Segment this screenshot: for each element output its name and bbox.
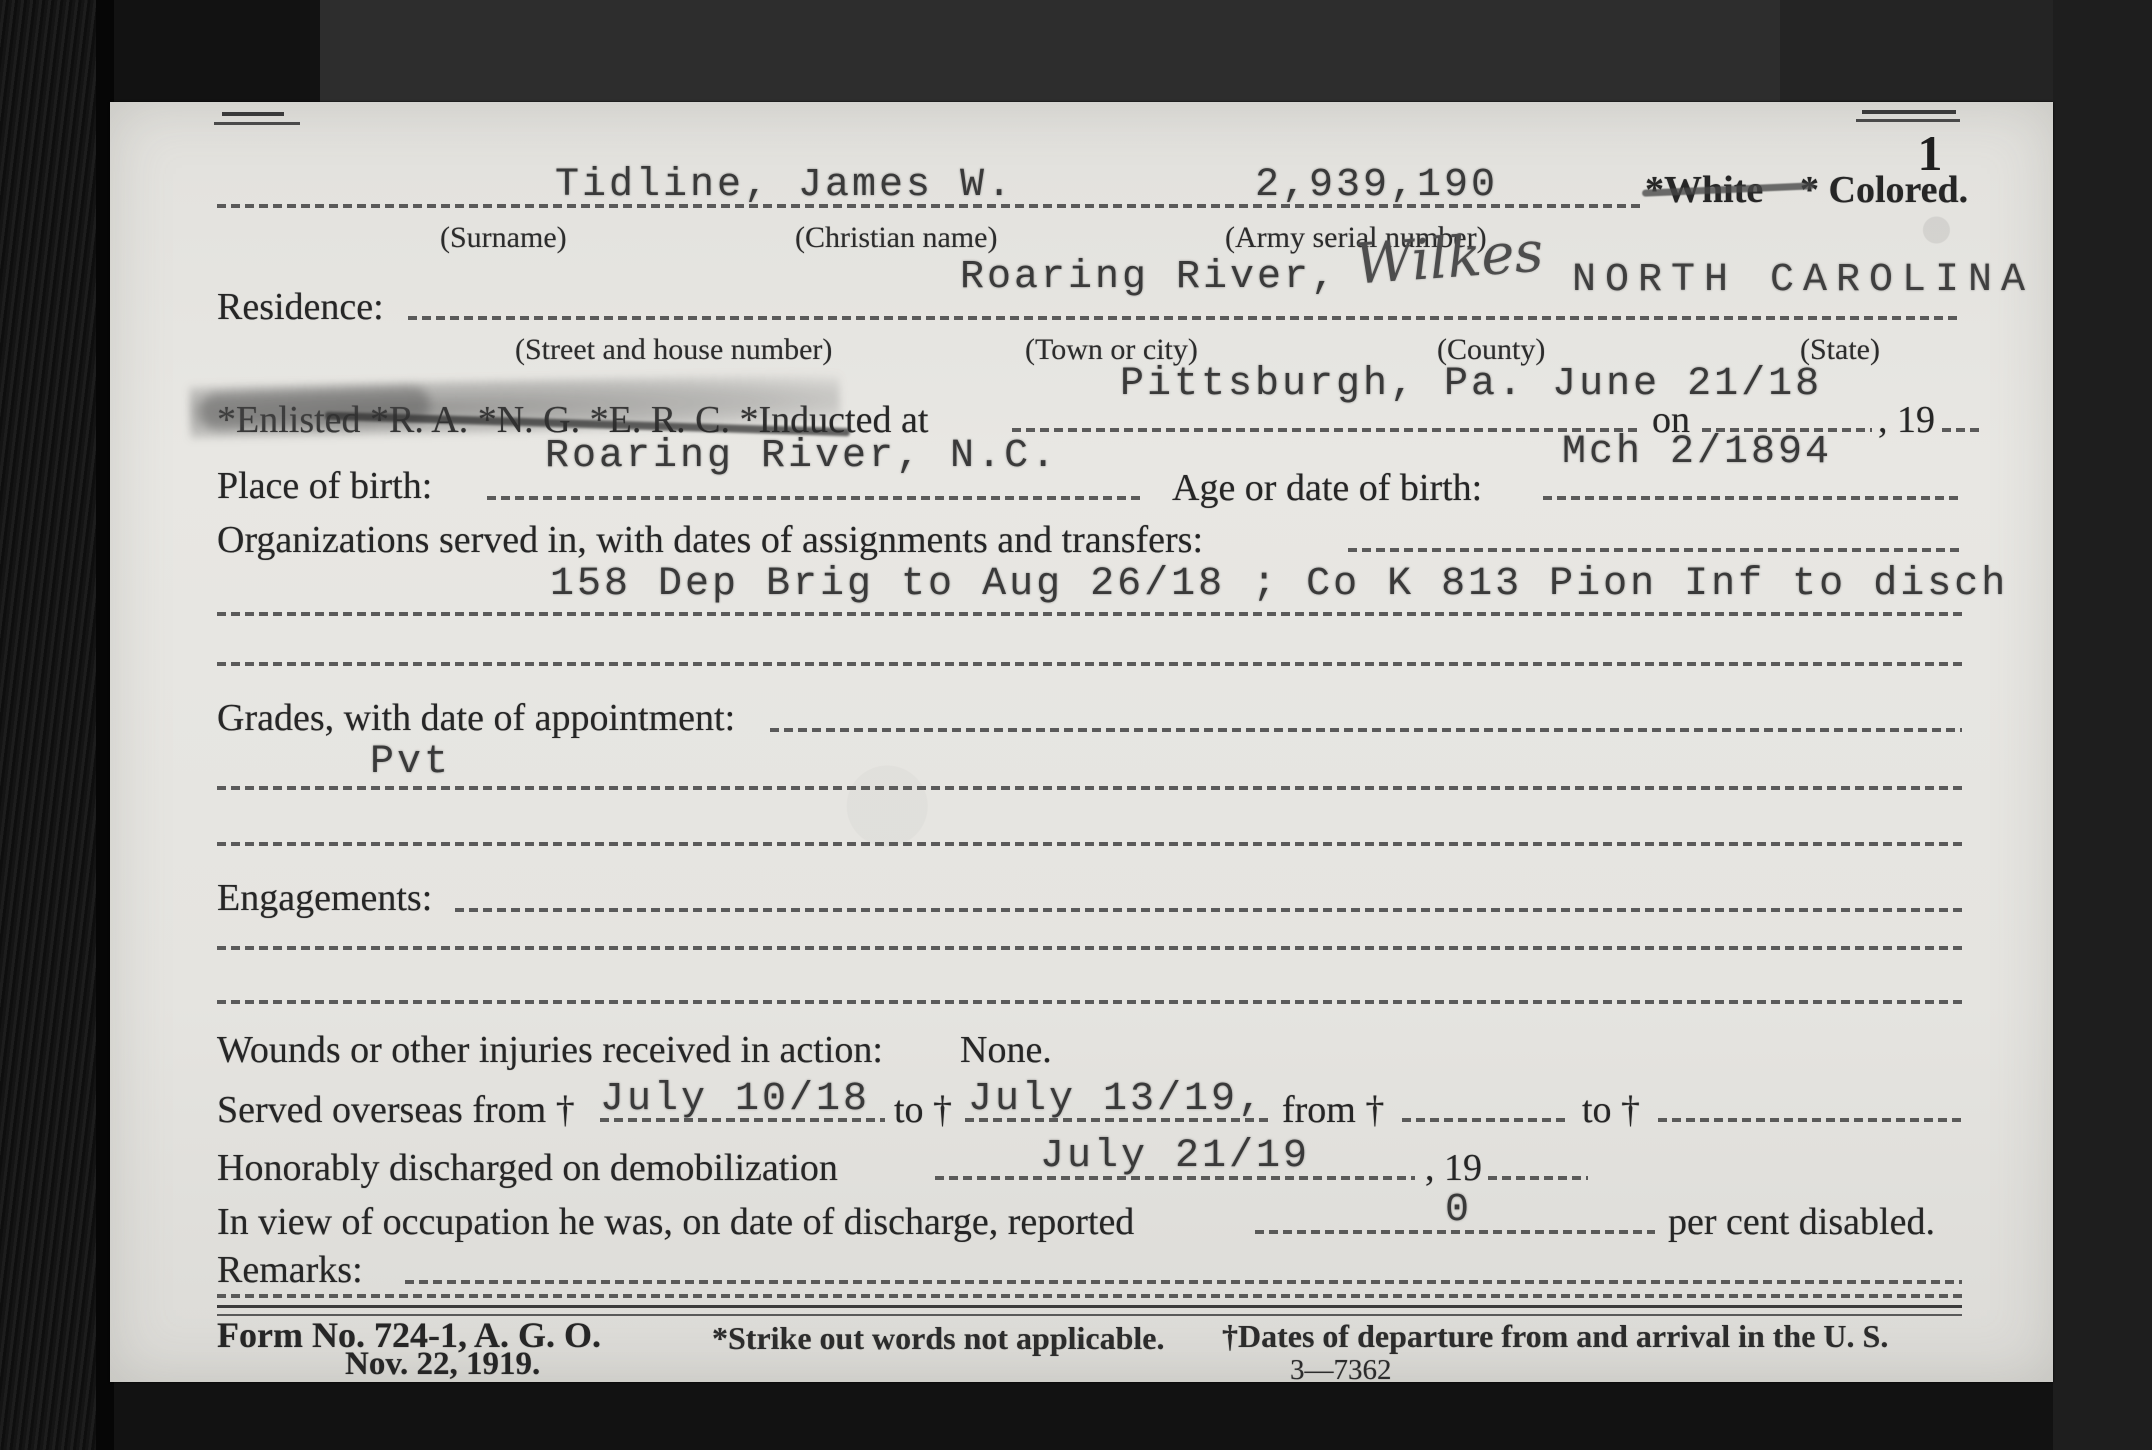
overseas-to1-label: to †	[894, 1088, 952, 1132]
scan-background-top	[320, 0, 1780, 102]
dagger-footnote: †Dates of departure from and arrival in …	[1222, 1318, 1888, 1355]
discharge-label: Honorably discharged on demobilization	[217, 1146, 838, 1190]
grades-blank-line-2	[217, 842, 1962, 846]
overseas-from1-value: July 10/18	[600, 1077, 870, 1122]
birth-place-value: Roaring River, N.C.	[545, 434, 1058, 479]
surname-caption: (Surname)	[440, 221, 567, 255]
top-left-tick-mark	[222, 112, 284, 116]
discharge-year-label: , 19	[1425, 1146, 1482, 1190]
overseas-from1-dotted-line	[600, 1118, 885, 1122]
induction-place-date-value: Pittsburgh, Pa. June 21/18	[1120, 362, 1822, 407]
organizations-blank-line-2	[217, 662, 1962, 666]
form-date: Nov. 22, 1919.	[345, 1346, 540, 1382]
overseas-from2-label: from †	[1282, 1088, 1384, 1132]
grades-label: Grades, with date of appointment:	[217, 696, 735, 740]
birth-date-dotted-line	[1543, 496, 1963, 500]
organizations-blank-line-1	[217, 612, 1962, 616]
remarks-label: Remarks:	[217, 1248, 363, 1292]
grades-blank-line-1	[217, 786, 1962, 790]
wounds-label: Wounds or other injuries received in act…	[217, 1028, 883, 1072]
overseas-to2-label: to †	[1582, 1088, 1640, 1132]
scan-background-right	[2053, 0, 2152, 1450]
inducted-year-label: , 19	[1878, 398, 1935, 442]
disability-label: In view of occupation he was, on date of…	[217, 1200, 1134, 1244]
overseas-to1-value: July 13/19,	[968, 1077, 1265, 1122]
christian-name-caption: (Christian name)	[795, 221, 997, 255]
birth-age-label: Age or date of birth:	[1172, 466, 1482, 510]
engagements-blank-line-2	[217, 1000, 1962, 1004]
organizations-dotted-line	[1348, 548, 1962, 552]
discharge-date-value: July 21/19	[1040, 1134, 1310, 1179]
grades-value: Pvt	[370, 740, 451, 785]
race-colored-option: * Colored.	[1800, 168, 1968, 212]
wounds-value: None.	[960, 1028, 1052, 1072]
strike-out-footnote: *Strike out words not applicable.	[712, 1320, 1164, 1357]
engagements-dotted-line	[455, 908, 1962, 912]
film-edge-strip	[0, 0, 96, 1450]
residence-dotted-line	[408, 316, 1962, 320]
organizations-label: Organizations served in, with dates of a…	[217, 518, 1203, 562]
remarks-dotted-line	[405, 1280, 1962, 1284]
street-caption: (Street and house number)	[515, 333, 832, 367]
top-right-tick-mark	[1862, 110, 1956, 114]
remarks-blank-line	[217, 1294, 1962, 1298]
grades-dotted-line	[770, 728, 1962, 732]
engagements-label: Engagements:	[217, 876, 432, 920]
inducted-year-dotted-line	[1942, 428, 1980, 432]
residence-label: Residence:	[217, 285, 384, 329]
residence-town-value: Roaring River,	[960, 255, 1338, 300]
disability-percent-value: 0	[1445, 1188, 1472, 1233]
birth-place-label: Place of birth:	[217, 464, 432, 508]
disability-dotted-line	[1255, 1230, 1655, 1234]
residence-state-value: NORTH CAROLINA	[1572, 258, 2034, 303]
army-serial-number-value: 2,939,190	[1255, 163, 1498, 208]
name-value: Tidline, James W.	[555, 163, 1014, 208]
overseas-to1-dotted-line	[965, 1118, 1273, 1122]
birth-date-value: Mch 2/1894	[1562, 430, 1832, 475]
birth-place-dotted-line	[487, 496, 1142, 500]
residence-county-handwritten-value: Wilkes	[1353, 220, 1545, 298]
top-right-tick-mark-2	[1856, 119, 1960, 122]
disability-suffix-label: per cent disabled.	[1668, 1200, 1935, 1244]
discharge-year-dotted-line	[1488, 1176, 1588, 1180]
top-left-tick-mark-2	[214, 122, 300, 125]
overseas-label: Served overseas from †	[217, 1088, 575, 1132]
print-code: 3—7362	[1290, 1354, 1392, 1382]
organizations-value: 158 Dep Brig to Aug 26/18 ; Co K 813 Pio…	[550, 562, 2008, 607]
overseas-from2-dotted-line	[1402, 1118, 1570, 1122]
name-dotted-line	[217, 204, 1640, 208]
discharge-dotted-line	[935, 1176, 1415, 1180]
service-record-card: 1 Tidline, James W. 2,939,190 *White * C…	[110, 102, 2053, 1382]
inducted-at-dotted-line	[1012, 428, 1642, 432]
engagements-blank-line-1	[217, 946, 1962, 950]
overseas-to2-dotted-line	[1658, 1118, 1962, 1122]
